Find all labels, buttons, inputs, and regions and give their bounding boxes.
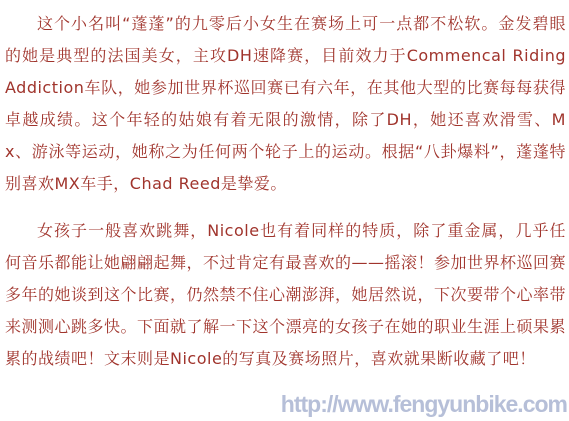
paragraph-intro: 这个小名叫“蓬蓬”的九零后小女生在赛场上可一点都不松软。金发碧眼的她是典型的法国…	[5, 8, 566, 200]
paragraph-hobbies: 女孩子一般喜欢跳舞，Nicole也有着同样的特质，除了重金属，几乎任何音乐都能让…	[5, 215, 566, 375]
watermark-url: http://www.fengyunbike.com	[281, 390, 567, 418]
article-body: 这个小名叫“蓬蓬”的九零后小女生在赛场上可一点都不松软。金发碧眼的她是典型的法国…	[5, 8, 566, 375]
